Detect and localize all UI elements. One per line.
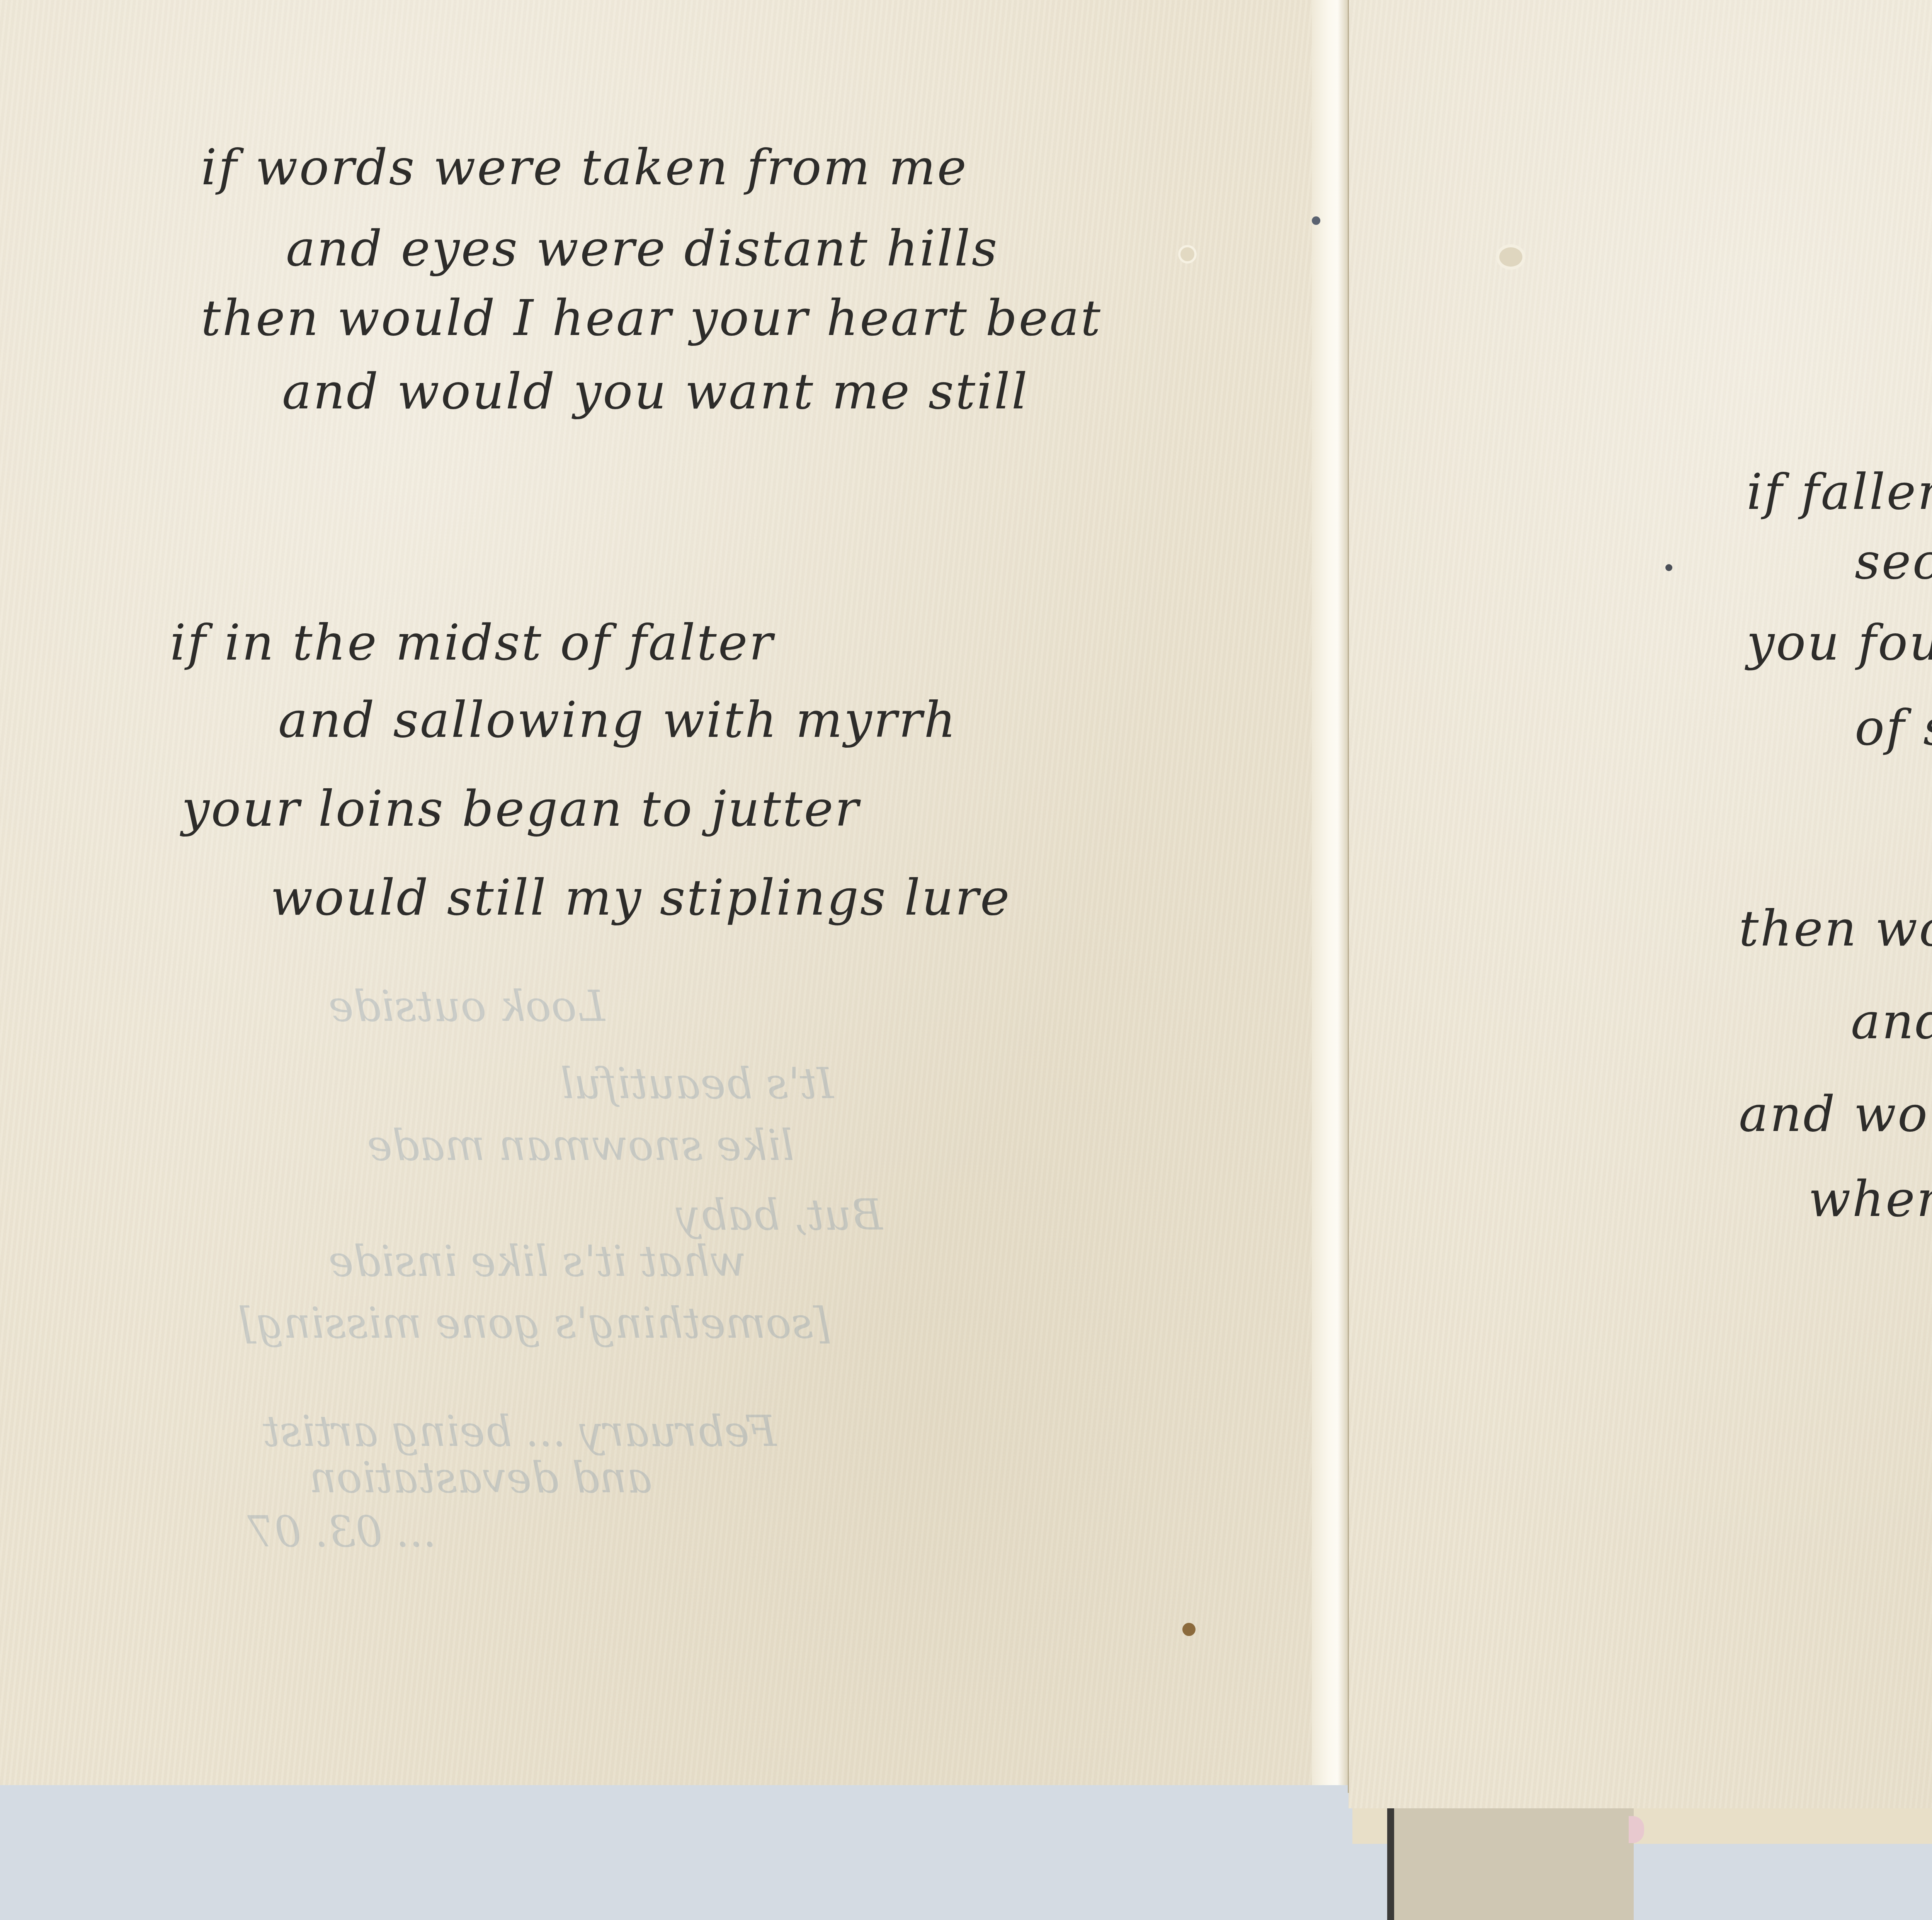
paper-fleck — [1180, 247, 1194, 261]
bleed-through-text: and devastation — [309, 1453, 652, 1502]
poem-line: and would you want me still — [282, 367, 1029, 417]
poem-line: then would I hear your heart beat — [201, 294, 1102, 343]
poem-line: would still my stiplings lure — [270, 873, 1011, 923]
poem-line: you foundered in the carcass — [1747, 618, 1932, 668]
poem-line: then would you want to lip tuft — [1739, 904, 1932, 954]
poem-line: and still the tensiled spring — [1851, 997, 1932, 1046]
bleed-through-text: ... 03. 07 — [247, 1507, 437, 1556]
poem-line: secluded, derelict — [1855, 537, 1932, 587]
poem-line: and eyes were distant hills — [286, 224, 998, 274]
poem-line: your loins began to jutter — [182, 784, 860, 834]
poem-line: if in the midst of falter — [170, 618, 774, 668]
spine-fold-line — [1348, 0, 1349, 1793]
paper-fleck — [1312, 216, 1320, 225]
bleed-through-text: February ... being artist — [263, 1406, 777, 1456]
bleed-through-text: like snowman made — [367, 1121, 794, 1170]
poem-line: when my thoughts — [1808, 1175, 1932, 1224]
poem-line: if fallen on the lovelands — [1747, 468, 1932, 517]
bleed-through-text: It's beautiful — [560, 1059, 833, 1108]
poem-line: and sallowing with myrrh — [278, 696, 957, 745]
cardboard-tab — [1387, 1804, 1634, 1920]
bleed-through-text: Look outside — [328, 981, 605, 1031]
poem-line: if words were taken from me — [201, 143, 968, 192]
bleed-through-text: what it's like inside — [328, 1236, 746, 1286]
poem-line: of some industrial slick — [1855, 703, 1932, 753]
paper-fleck — [1665, 564, 1672, 571]
paper-fleck — [1499, 247, 1522, 267]
spine-gutter — [1312, 0, 1349, 1785]
poem-line: and would you want soft nudgings — [1739, 1090, 1932, 1139]
bleed-through-text: But, baby — [676, 1190, 883, 1240]
paper-fleck — [1182, 1623, 1196, 1636]
bleed-through-text: [something's gone missing] — [240, 1298, 830, 1348]
